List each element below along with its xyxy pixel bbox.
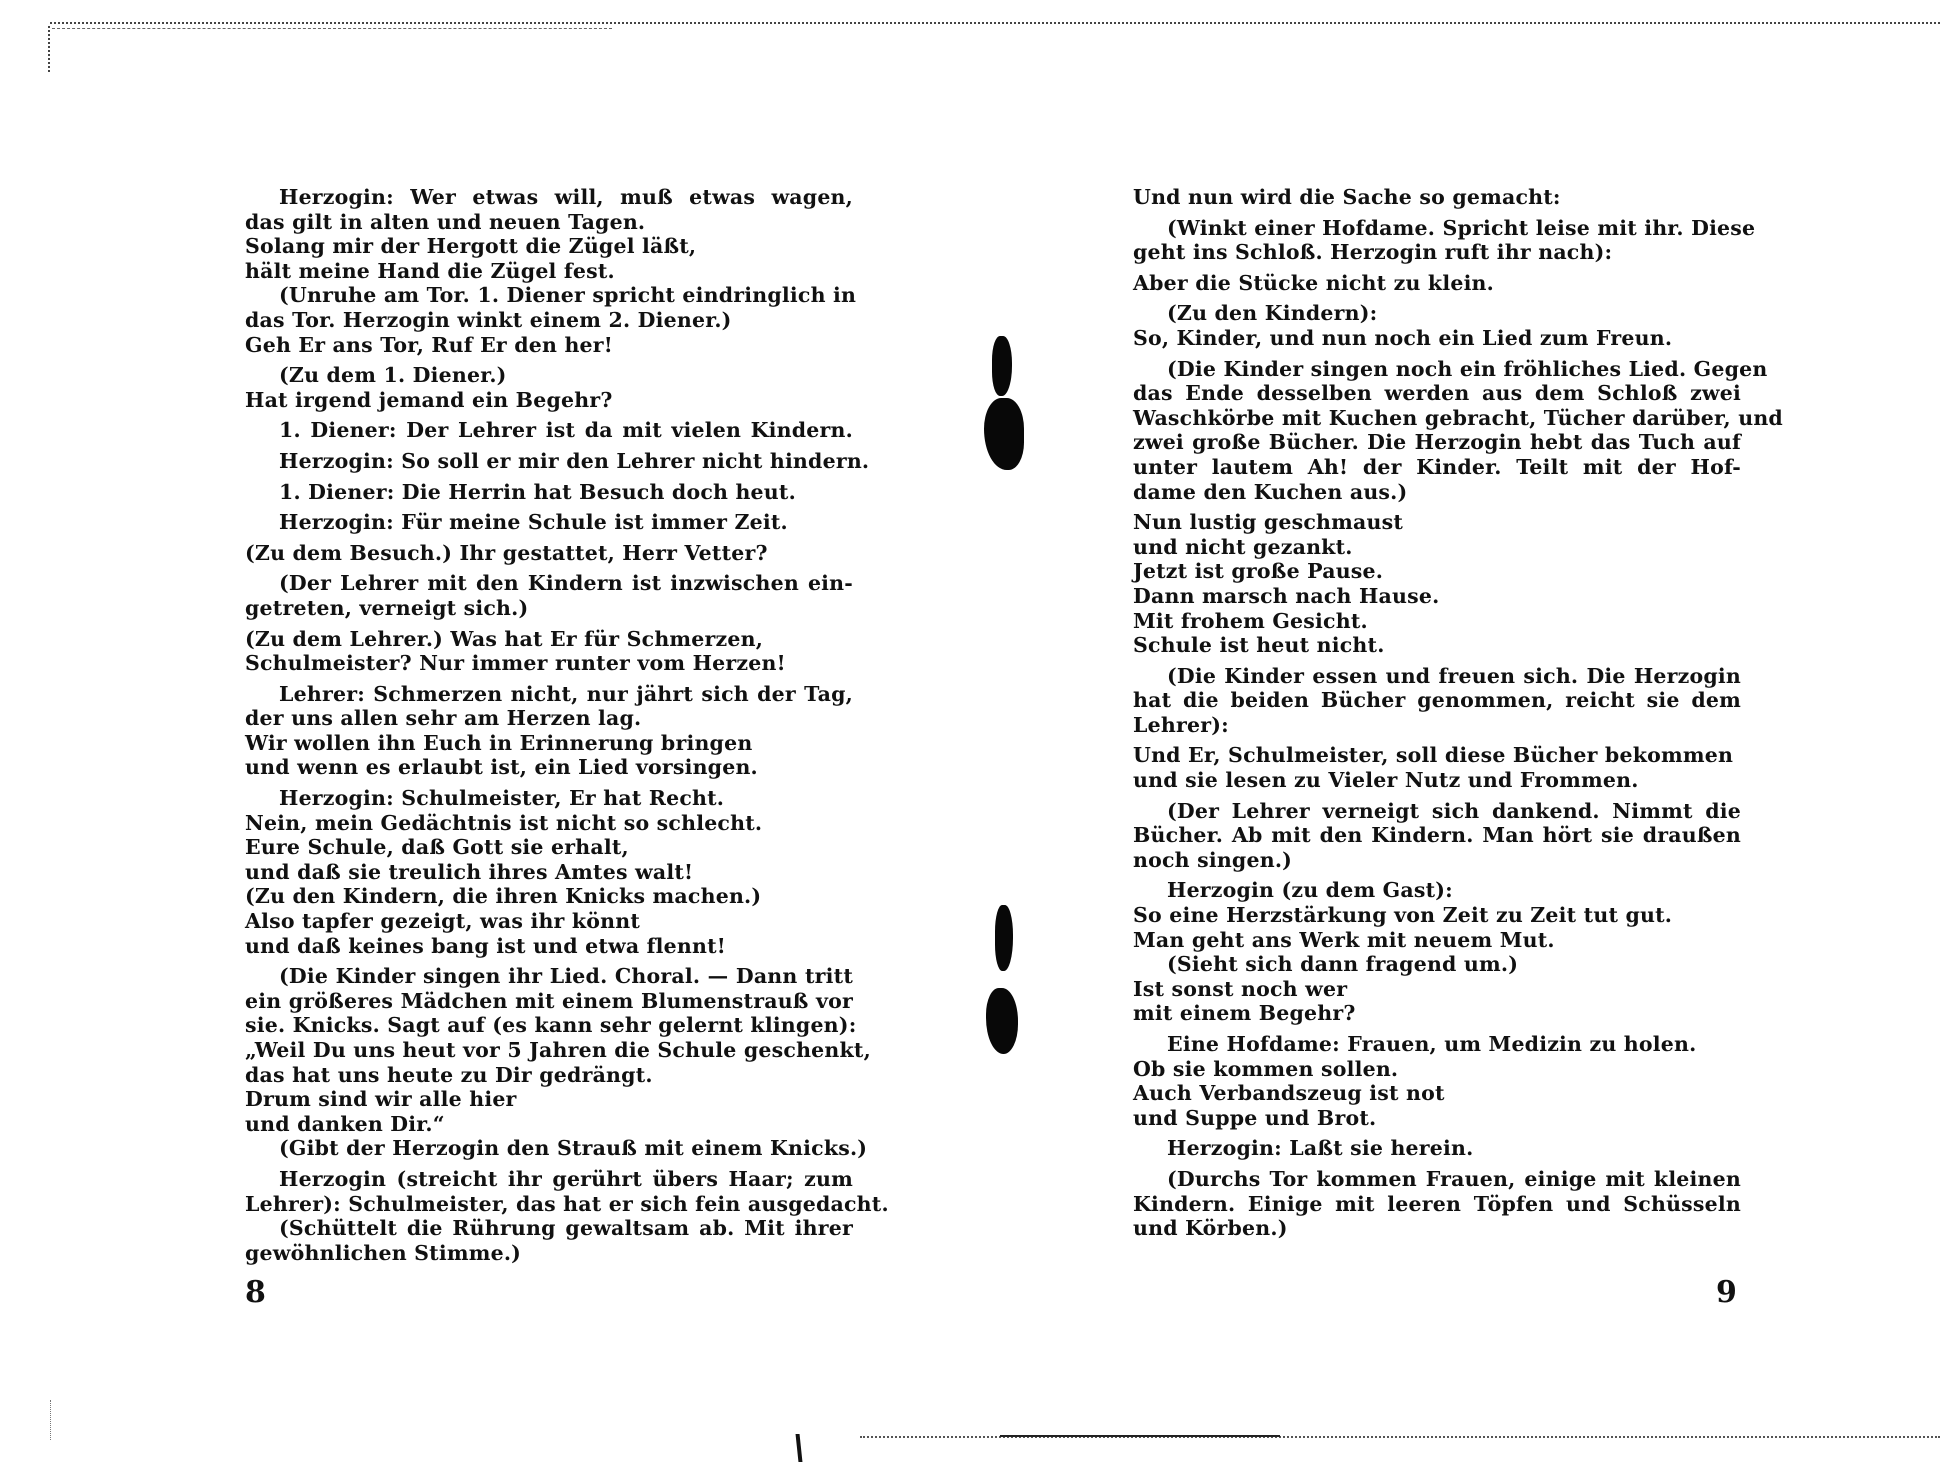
text-line: (Zu dem 1. Diener.) <box>245 363 853 388</box>
text-line: Waschkörbe mit Kuchen gebracht, Tücher d… <box>1133 406 1741 431</box>
text-line: Herzogin: So soll er mir den Lehrer nich… <box>245 449 853 474</box>
text-line: sie. Knicks. Sagt auf (es kann sehr gele… <box>245 1013 853 1038</box>
page-number-left: 8 <box>245 1275 266 1310</box>
text-line: Also tapfer gezeigt, was ihr könnt <box>245 909 853 934</box>
scan-edge-bottom-solid <box>1000 1435 1280 1437</box>
text-line: Herzogin (streicht ihr gerührt übers Haa… <box>245 1167 853 1192</box>
text-line: und Suppe und Brot. <box>1133 1106 1741 1131</box>
text-line: und nicht gezankt. <box>1133 535 1741 560</box>
text-line: (Die Kinder singen ihr Lied. Choral. — D… <box>245 964 853 989</box>
text-line: Lehrer: Schmerzen nicht, nur jährt sich … <box>245 682 853 707</box>
text-line: Drum sind wir alle hier <box>245 1087 853 1112</box>
text-line: Herzogin: Für meine Schule ist immer Zei… <box>245 510 853 535</box>
text-line: dame den Kuchen aus.) <box>1133 480 1741 505</box>
text-line: Schulmeister? Nur immer runter vom Herze… <box>245 651 853 676</box>
text-line: 1. Diener: Die Herrin hat Besuch doch he… <box>245 480 853 505</box>
text-line: (Zu den Kindern, die ihren Knicks machen… <box>245 884 853 909</box>
text-line: (Zu dem Lehrer.) Was hat Er für Schmerze… <box>245 627 853 652</box>
binding-staple-mark-upper-b <box>984 398 1024 470</box>
text-line: Nein, mein Gedächtnis ist nicht so schle… <box>245 811 853 836</box>
text-line: hat die beiden Bücher genommen, reicht s… <box>1133 688 1741 713</box>
text-line: (Durchs Tor kommen Frauen, einige mit kl… <box>1133 1167 1741 1192</box>
left-page: Herzogin: Wer etwas will, muß etwas wage… <box>245 185 853 1265</box>
text-line: Aber die Stücke nicht zu klein. <box>1133 271 1741 296</box>
text-line: Eure Schule, daß Gott sie erhalt, <box>245 835 853 860</box>
text-line: das hat uns heute zu Dir gedrängt. <box>245 1063 853 1088</box>
text-line: gewöhnlichen Stimme.) <box>245 1241 853 1266</box>
text-line: und Körben.) <box>1133 1216 1741 1241</box>
text-line: Solang mir der Hergott die Zügel läßt, <box>245 234 853 259</box>
text-line: So eine Herzstärkung von Zeit zu Zeit tu… <box>1133 903 1741 928</box>
text-line: Ist sonst noch wer <box>1133 977 1741 1002</box>
text-line: (Zu den Kindern): <box>1133 301 1741 326</box>
text-line: Kindern. Einige mit leeren Töpfen und Sc… <box>1133 1192 1741 1217</box>
text-line: Herzogin: Schulmeister, Er hat Recht. <box>245 786 853 811</box>
text-line: (Der Lehrer mit den Kindern ist inzwisch… <box>245 571 853 596</box>
text-line: Jetzt ist große Pause. <box>1133 559 1741 584</box>
text-line: Eine Hofdame: Frauen, um Medizin zu hole… <box>1133 1032 1741 1057</box>
text-line: Man geht ans Werk mit neuem Mut. <box>1133 928 1741 953</box>
text-line: (Unruhe am Tor. 1. Diener spricht eindri… <box>245 283 853 308</box>
text-line: Ob sie kommen sollen. <box>1133 1057 1741 1082</box>
scan-edge-left <box>48 26 50 72</box>
text-line: Dann marsch nach Hause. <box>1133 584 1741 609</box>
scan-edge-left-lower <box>50 1400 51 1440</box>
binding-staple-mark-lower-a <box>995 905 1013 971</box>
text-line: (Schüttelt die Rührung gewaltsam ab. Mit… <box>245 1216 853 1241</box>
text-line: Wir wollen ihn Euch in Erinnerung bringe… <box>245 731 853 756</box>
text-line: Und Er, Schulmeister, soll diese Bücher … <box>1133 743 1741 768</box>
text-line: geht ins Schloß. Herzogin ruft ihr nach)… <box>1133 240 1741 265</box>
text-line: (Der Lehrer verneigt sich dankend. Nimmt… <box>1133 799 1741 824</box>
text-line: Herzogin: Wer etwas will, muß etwas wage… <box>245 185 853 210</box>
text-line: das Ende desselben werden aus dem Schloß… <box>1133 381 1741 406</box>
text-line: zwei große Bücher. Die Herzogin hebt das… <box>1133 430 1741 455</box>
text-line: Hat irgend jemand ein Begehr? <box>245 388 853 413</box>
text-line: Herzogin (zu dem Gast): <box>1133 878 1741 903</box>
text-line: (Winkt einer Hofdame. Spricht leise mit … <box>1133 216 1741 241</box>
text-line: Nun lustig geschmaust <box>1133 510 1741 535</box>
text-line: und danken Dir.“ <box>245 1112 853 1137</box>
text-line: (Die Kinder essen und freuen sich. Die H… <box>1133 664 1741 689</box>
text-line: hält meine Hand die Zügel fest. <box>245 259 853 284</box>
binding-staple-mark-lower-b <box>986 988 1018 1054</box>
text-line: Bücher. Ab mit den Kindern. Man hört sie… <box>1133 823 1741 848</box>
text-line: Herzogin: Laßt sie herein. <box>1133 1136 1741 1161</box>
text-line: noch singen.) <box>1133 848 1741 873</box>
binding-staple-mark-upper-a <box>992 336 1012 396</box>
text-line: „Weil Du uns heut vor 5 Jahren die Schul… <box>245 1038 853 1063</box>
text-line: Und nun wird die Sache so gemacht: <box>1133 185 1741 210</box>
text-line: und daß keines bang ist und etwa flennt! <box>245 934 853 959</box>
text-line: (Zu dem Besuch.) Ihr gestattet, Herr Vet… <box>245 541 853 566</box>
text-line: mit einem Begehr? <box>1133 1001 1741 1026</box>
text-line: Auch Verbandszeug ist not <box>1133 1081 1741 1106</box>
scan-edge-top-inner <box>52 28 612 29</box>
text-line: So, Kinder, und nun noch ein Lied zum Fr… <box>1133 326 1741 351</box>
text-line: unter lautem Ah! der Kinder. Teilt mit d… <box>1133 455 1741 480</box>
text-line: Schule ist heut nicht. <box>1133 633 1741 658</box>
text-line: der uns allen sehr am Herzen lag. <box>245 706 853 731</box>
text-line: 1. Diener: Der Lehrer ist da mit vielen … <box>245 418 853 443</box>
text-line: Lehrer): <box>1133 713 1741 738</box>
text-line: und daß sie treulich ihres Amtes walt! <box>245 860 853 885</box>
text-line: ein größeres Mädchen mit einem Blumenstr… <box>245 989 853 1014</box>
text-line: das Tor. Herzogin winkt einem 2. Diener.… <box>245 308 853 333</box>
right-page: Und nun wird die Sache so gemacht:(Winkt… <box>1133 185 1741 1241</box>
text-line: Mit frohem Gesicht. <box>1133 609 1741 634</box>
page-number-right: 9 <box>1716 1275 1737 1310</box>
text-line: Geh Er ans Tor, Ruf Er den her! <box>245 333 853 358</box>
text-line: und wenn es erlaubt ist, ein Lied vorsin… <box>245 755 853 780</box>
text-line: (Gibt der Herzogin den Strauß mit einem … <box>245 1136 853 1161</box>
text-line: (Sieht sich dann fragend um.) <box>1133 952 1741 977</box>
text-line: Lehrer): Schulmeister, das hat er sich f… <box>245 1192 853 1217</box>
binding-tick-mark <box>796 1434 803 1462</box>
text-line: (Die Kinder singen noch ein fröhliches L… <box>1133 357 1741 382</box>
text-line: das gilt in alten und neuen Tagen. <box>245 210 853 235</box>
scan-edge-top <box>50 22 1940 24</box>
text-line: getreten, verneigt sich.) <box>245 596 853 621</box>
text-line: und sie lesen zu Vieler Nutz und Frommen… <box>1133 768 1741 793</box>
